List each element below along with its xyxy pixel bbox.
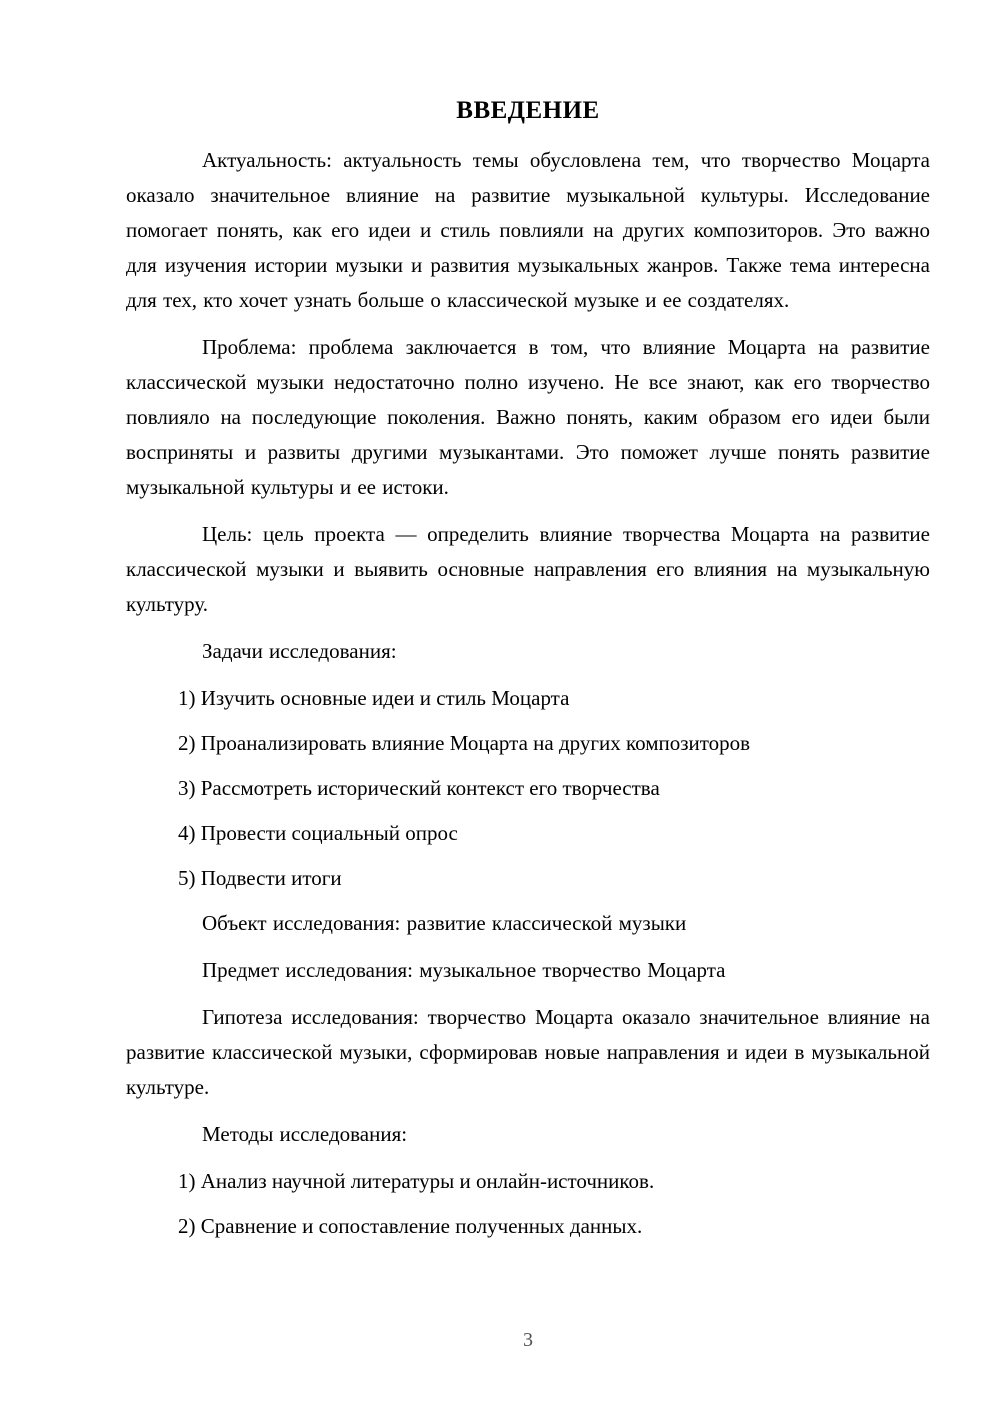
- paragraph-object: Объект исследования: развитие классическ…: [126, 906, 930, 941]
- method-item-1: 1) Анализ научной литературы и онлайн-ис…: [126, 1164, 930, 1199]
- task-item-4: 4) Провести социальный опрос: [126, 816, 930, 851]
- paragraph-hypothesis: Гипотеза исследования: творчество Моцарт…: [126, 1000, 930, 1105]
- task-item-5: 5) Подвести итоги: [126, 861, 930, 896]
- paragraph-relevance: Актуальность: актуальность темы обусловл…: [126, 143, 930, 318]
- paragraph-tasks-heading: Задачи исследования:: [126, 634, 930, 669]
- document-page: ВВЕДЕНИЕ Актуальность: актуальность темы…: [0, 0, 1000, 1414]
- method-item-2: 2) Сравнение и сопоставление полученных …: [126, 1209, 930, 1244]
- paragraph-subject: Предмет исследования: музыкальное творче…: [126, 953, 930, 988]
- task-item-2: 2) Проанализировать влияние Моцарта на д…: [126, 726, 930, 761]
- document-content: ВВЕДЕНИЕ Актуальность: актуальность темы…: [0, 0, 1000, 1244]
- task-item-1: 1) Изучить основные идеи и стиль Моцарта: [126, 681, 930, 716]
- task-item-3: 3) Рассмотреть исторический контекст его…: [126, 771, 930, 806]
- paragraph-methods-heading: Методы исследования:: [126, 1117, 930, 1152]
- paragraph-problem: Проблема: проблема заключается в том, чт…: [126, 330, 930, 505]
- page-title: ВВЕДЕНИЕ: [126, 93, 930, 128]
- paragraph-goal: Цель: цель проекта — определить влияние …: [126, 517, 930, 622]
- page-number: 3: [126, 1328, 930, 1352]
